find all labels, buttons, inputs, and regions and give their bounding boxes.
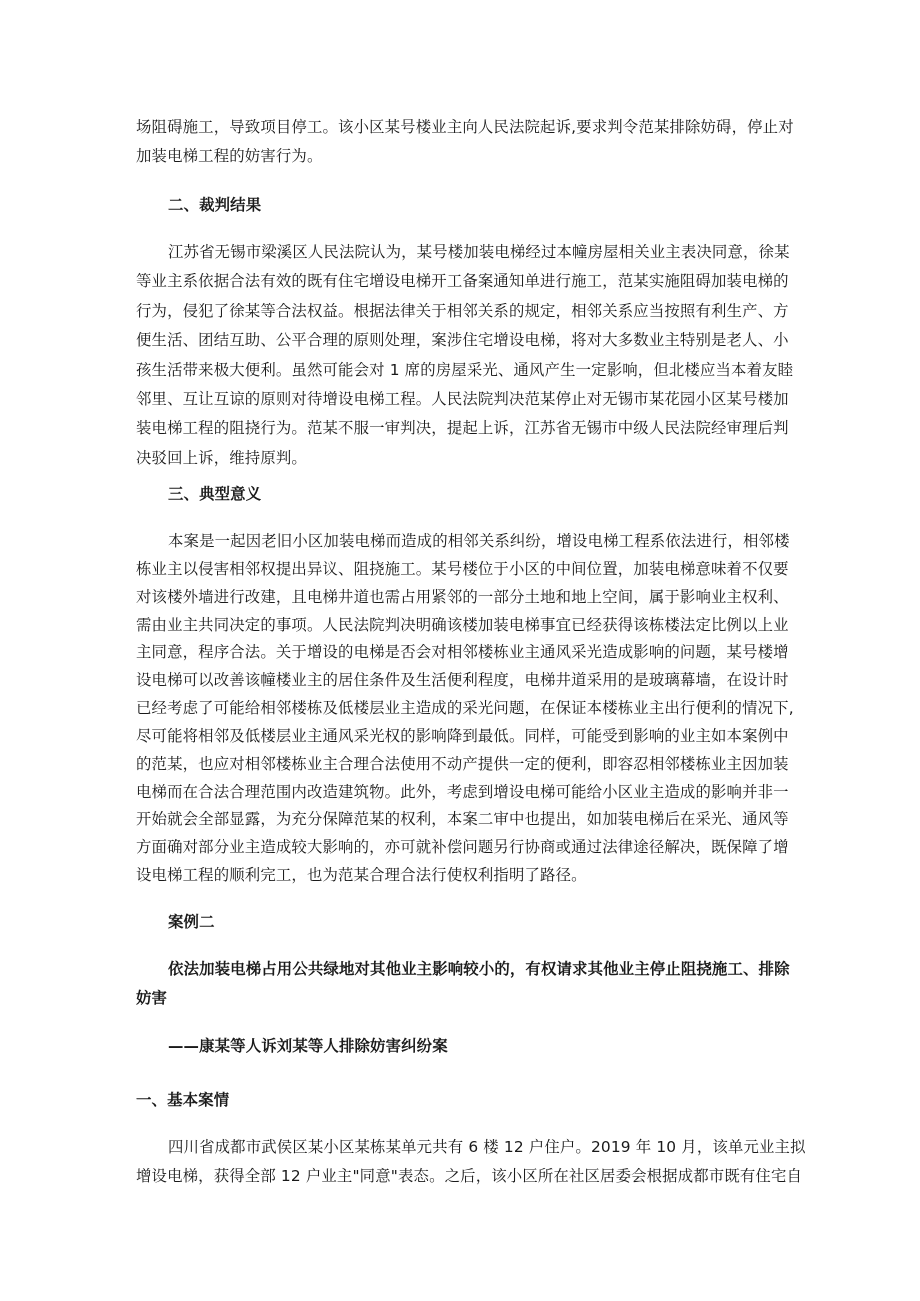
text-line: 加装电梯工程的妨害行为。 — [136, 142, 786, 171]
heading-text: ——康某等人诉刘某等人排除妨害纠纷案 — [136, 1032, 786, 1061]
text-line: 等业主系依据合法有效的既有住宅增设电梯开工备案通知单进行施工，范某实施阻碍加装电… — [136, 267, 786, 296]
heading-judgment-result: 二、裁判结果 — [136, 191, 786, 220]
text-line: 栋业主以侵害相邻权提出异议、阻挠施工。某号楼位于小区的中间位置，加装电梯意味着不… — [136, 556, 786, 584]
text-line: 本案是一起因老旧小区加装电梯而造成的相邻关系纠纷，增设电梯工程系依法进行，相邻楼 — [136, 528, 786, 556]
text-line: 方面确对部分业主造成较大影响的，亦可就补偿问题另行协商或通过法律途径解决，既保障… — [136, 834, 786, 862]
text-line: 便生活、团结互助、公平合理的原则处理，案涉住宅增设电梯，将对大多数业主特别是老人… — [136, 326, 786, 355]
paragraph-case1-facts-end: 场阻碍施工，导致项目停工。该小区某号楼业主向人民法院起诉,要求判令范某排除妨碍，… — [136, 113, 786, 172]
text-line: 场阻碍施工，导致项目停工。该小区某号楼业主向人民法院起诉,要求判令范某排除妨碍，… — [136, 113, 786, 142]
text-line: 需由业主共同决定的事项。人民法院判决明确该楼加装电梯事宜已经获得该栋楼法定比例以… — [136, 612, 786, 640]
text-line: 四川省成都市武侯区某小区某栋某单元共有 6 楼 12 户住户。2019 年 10… — [136, 1133, 786, 1162]
text-line: 设电梯可以改善该幢楼业主的居住条件及生活便利程度，电梯井道采用的是玻璃幕墙，在设… — [136, 667, 786, 695]
text-line: 尽可能将相邻及低楼层业主通风采光权的影响降到最低。同样，可能受到影响的业主如本案… — [136, 723, 786, 751]
paragraph-basic-facts: 四川省成都市武侯区某小区某栋某单元共有 6 楼 12 户住户。2019 年 10… — [136, 1133, 786, 1192]
text-line: 邻里、互让互谅的原则对待增设电梯工程。人民法院判决范某停止对无锡市某花园小区某号… — [136, 385, 786, 414]
paragraph-judgment-result: 江苏省无锡市梁溪区人民法院认为，某号楼加装电梯经过本幢房屋相关业主表决同意，徐某… — [136, 238, 786, 473]
text-line: 行为，侵犯了徐某等合法权益。根据法律关于相邻关系的规定，相邻关系应当按照有利生产… — [136, 297, 786, 326]
text-line: 已经考虑了可能给相邻楼栋及低楼层业主造成的采光问题，在保证本楼栋业主出行便利的情… — [136, 695, 786, 723]
case-two-subtitle: ——康某等人诉刘某等人排除妨害纠纷案 — [136, 1032, 786, 1061]
heading-text-line: 妨害 — [136, 984, 786, 1013]
text-line: 决驳回上诉，维持原判。 — [136, 444, 786, 473]
document-page: 场阻碍施工，导致项目停工。该小区某号楼业主向人民法院起诉,要求判令范某排除妨碍，… — [0, 0, 920, 1301]
text-line: 设电梯工程的顺利完工，也为范某合理合法行使权利指明了路径。 — [136, 862, 786, 890]
text-line: 的范某，也应对相邻楼栋业主合理合法使用不动产提供一定的便利，即容忍相邻楼栋业主因… — [136, 751, 786, 779]
heading-text-line: 依法加装电梯占用公共绿地对其他业主影响较小的，有权请求其他业主停止阻挠施工、排除 — [136, 955, 786, 984]
text-line: 增设电梯，获得全部 12 户业主"同意"表态。之后，该小区所在社区居委会根据成都… — [136, 1162, 786, 1191]
heading-basic-facts: 一、基本案情 — [136, 1086, 786, 1115]
heading-typical-significance: 三、典型意义 — [136, 480, 786, 509]
heading-text: 案例二 — [136, 908, 786, 937]
heading-text: 一、基本案情 — [136, 1086, 786, 1115]
text-line: 主同意，程序合法。关于增设的电梯是否会对相邻楼栋业主通风采光造成影响的问题，某号… — [136, 639, 786, 667]
text-line: 对该楼外墙进行改建，且电梯井道也需占用紧邻的一部分土地和地上空间，属于影响业主权… — [136, 584, 786, 612]
text-line: 电梯而在合法合理范围内改造建筑物。此外，考虑到增设电梯可能给小区业主造成的影响并… — [136, 779, 786, 807]
text-line: 装电梯工程的阻挠行为。范某不服一审判决，提起上诉，江苏省无锡市中级人民法院经审理… — [136, 414, 786, 443]
text-line: 孩生活带来极大便利。虽然可能会对 1 席的房屋采光、通风产生一定影响，但北楼应当… — [136, 356, 786, 385]
paragraph-typical-significance: 本案是一起因老旧小区加装电梯而造成的相邻关系纠纷，增设电梯工程系依法进行，相邻楼… — [136, 528, 786, 890]
text-line: 江苏省无锡市梁溪区人民法院认为，某号楼加装电梯经过本幢房屋相关业主表决同意，徐某 — [136, 238, 786, 267]
case-two-title: 依法加装电梯占用公共绿地对其他业主影响较小的，有权请求其他业主停止阻挠施工、排除… — [136, 955, 786, 1014]
heading-case-two: 案例二 — [136, 908, 786, 937]
text-line: 开始就会全部显露，为充分保障范某的权利，本案二审中也提出，如加装电梯后在采光、通… — [136, 806, 786, 834]
heading-text: 二、裁判结果 — [136, 191, 786, 220]
heading-text: 三、典型意义 — [136, 480, 786, 509]
